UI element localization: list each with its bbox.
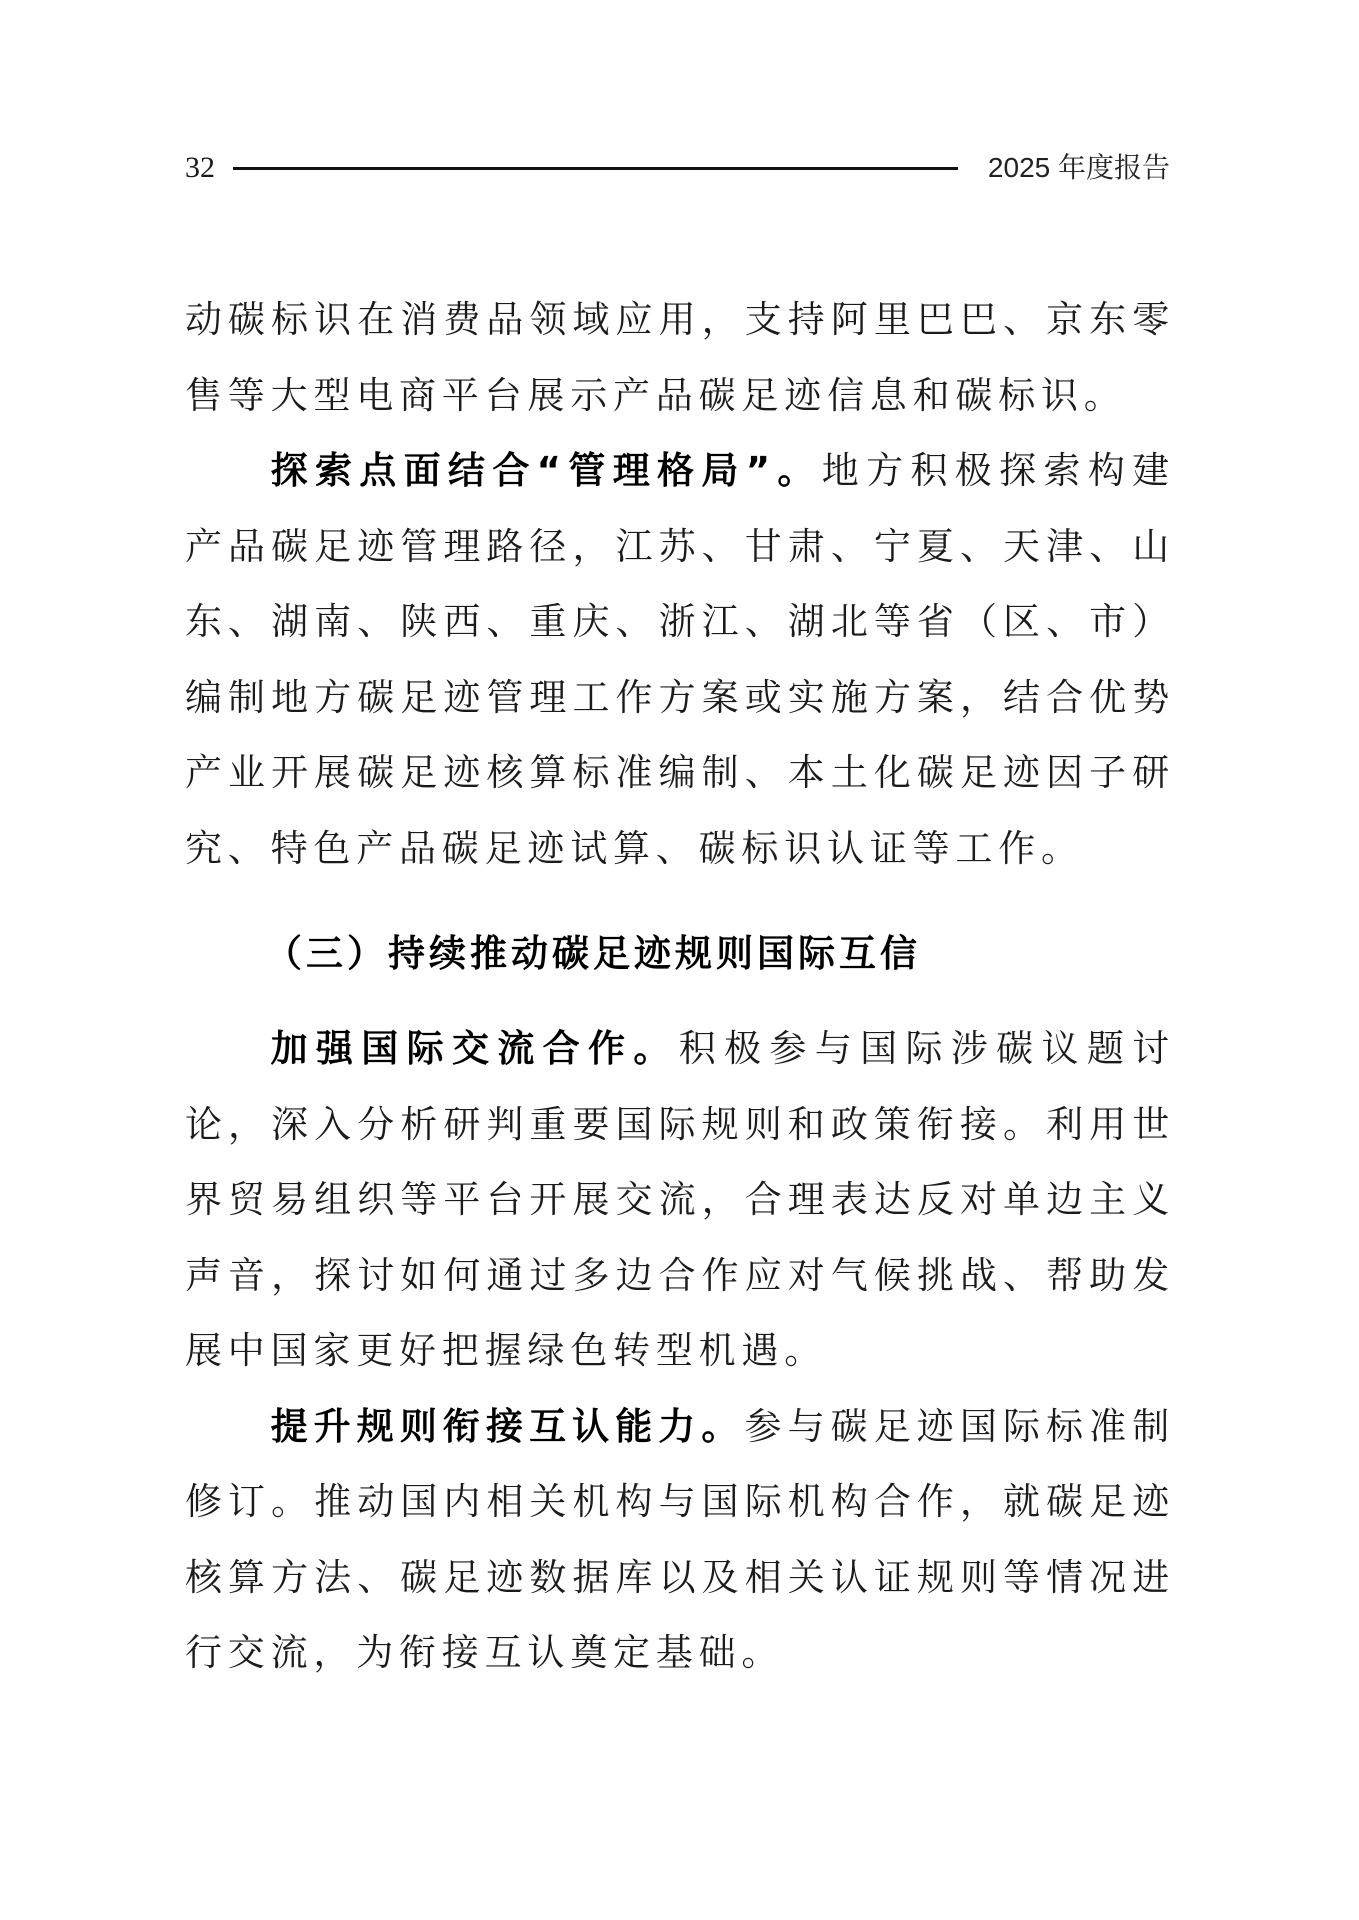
paragraph-lead: 探索点面结合“管理格局”。 [271, 449, 822, 492]
page-number: 32 [185, 146, 215, 190]
header-rule [233, 167, 958, 170]
paragraph-international-cooperation: 加强国际交流合作。积极参与国际涉碳议题讨论，深入分析研判重要国际规则和政策衔接。… [185, 1011, 1175, 1389]
paragraph-text: 地方积极探索构建产品碳足迹管理路径，江苏、甘肃、宁夏、天津、山东、湖南、陕西、重… [185, 449, 1175, 870]
paragraph-local-management: 探索点面结合“管理格局”。地方积极探索构建产品碳足迹管理路径，江苏、甘肃、宁夏、… [185, 433, 1175, 886]
section-heading: （三）持续推动碳足迹规则国际互信 [185, 896, 1175, 1011]
paragraph-text: 积极参与国际涉碳议题讨论，深入分析研判重要国际规则和政策衔接。利用世界贸易组织等… [185, 1027, 1175, 1372]
report-title: 2025 年度报告 [988, 146, 1170, 190]
body-content: 动碳标识在消费品领域应用，支持阿里巴巴、京东零售等大型电商平台展示产品碳足迹信息… [185, 282, 1175, 1691]
paragraph-mutual-recognition: 提升规则衔接互认能力。参与碳足迹国际标准制修订。推动国内相关机构与国际机构合作，… [185, 1389, 1175, 1691]
running-header: 32 2025 年度报告 [185, 146, 1170, 190]
paragraph-carbon-label-ecommerce: 动碳标识在消费品领域应用，支持阿里巴巴、京东零售等大型电商平台展示产品碳足迹信息… [185, 282, 1175, 433]
paragraph-lead: 提升规则衔接互认能力。 [271, 1405, 745, 1448]
paragraph-text: 动碳标识在消费品领域应用，支持阿里巴巴、京东零售等大型电商平台展示产品碳足迹信息… [185, 298, 1175, 417]
document-page: 32 2025 年度报告 动碳标识在消费品领域应用，支持阿里巴巴、京东零售等大型… [0, 0, 1359, 1920]
paragraph-lead: 加强国际交流合作。 [271, 1027, 679, 1070]
